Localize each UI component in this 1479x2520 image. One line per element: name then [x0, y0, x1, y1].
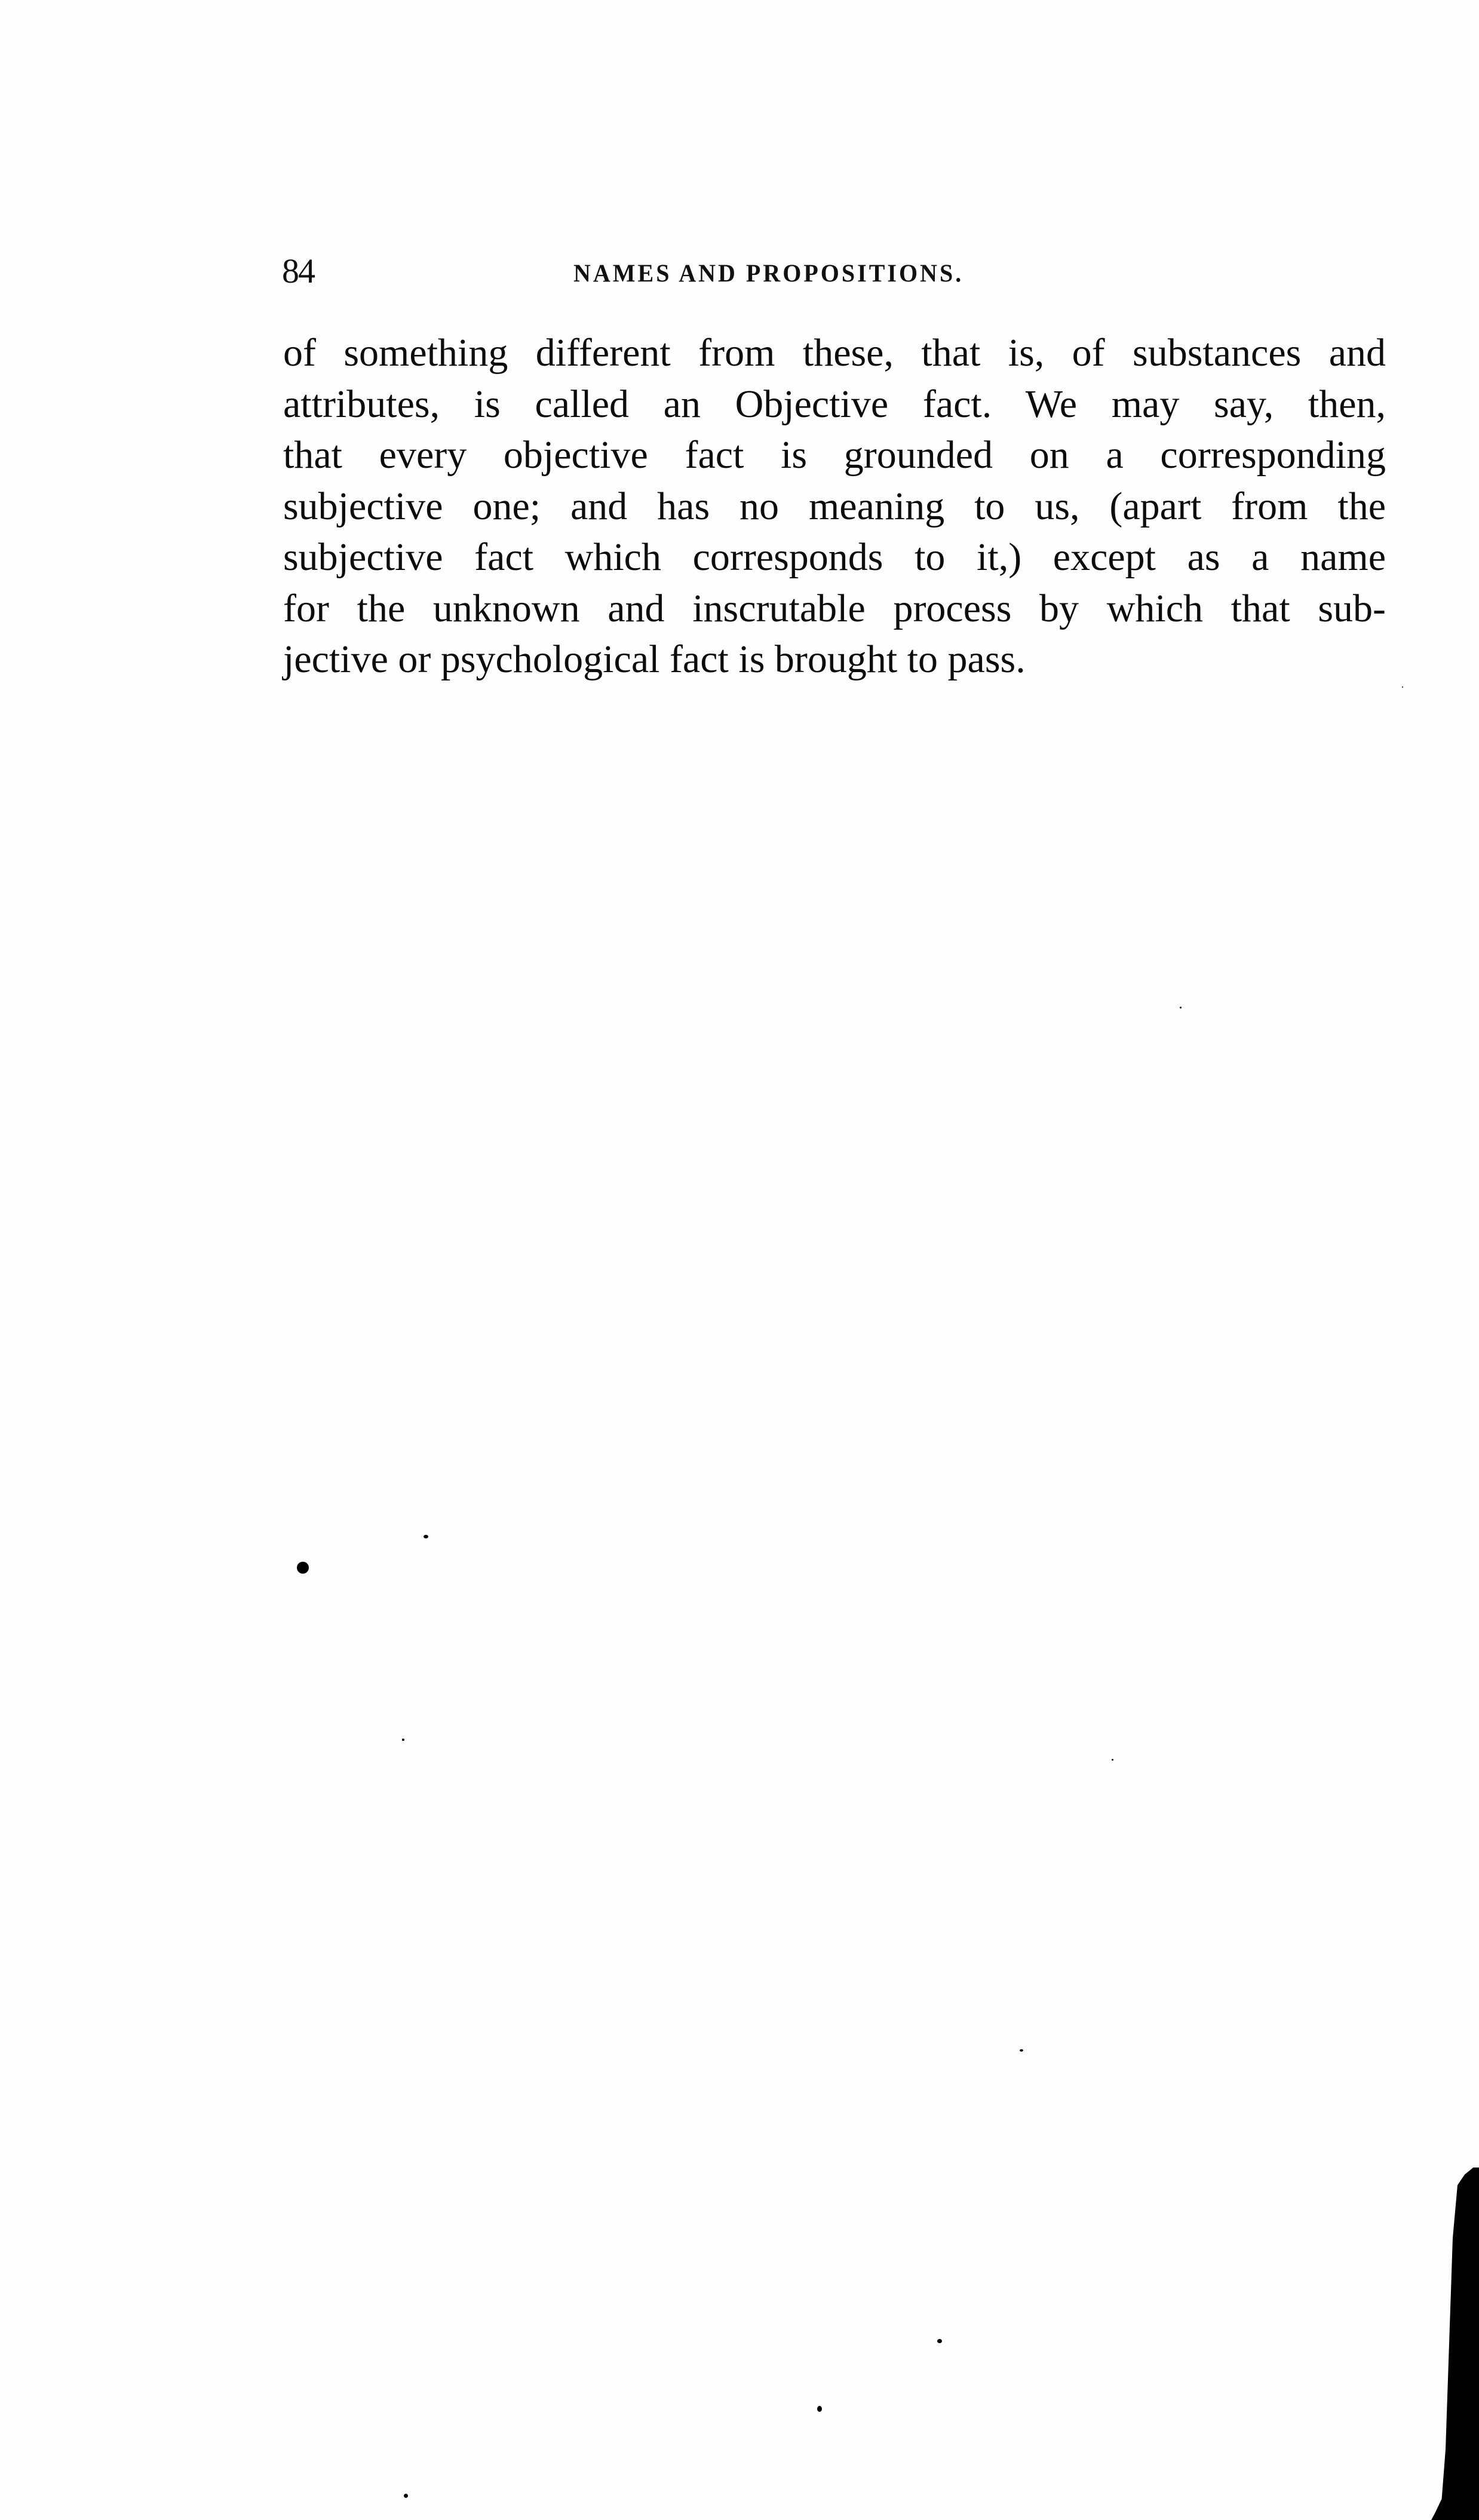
text-line: that every objective fact is grounded on… [283, 430, 1386, 481]
book-page: 84 NAMES AND PROPOSITIONS. of something … [0, 0, 1479, 2520]
text-line: jective or psychological fact is brought… [283, 634, 1386, 685]
scan-speck [817, 2406, 822, 2412]
scan-speck [1112, 1759, 1113, 1761]
body-paragraph: of something different from these, that … [283, 327, 1386, 685]
text-line: subjective fact which corresponds to it,… [283, 532, 1386, 583]
page-number: 84 [282, 251, 314, 291]
scan-speck [1402, 686, 1403, 688]
text-line: for the unknown and inscrutable process … [283, 583, 1386, 634]
scan-speck [1180, 1007, 1182, 1008]
scan-speck [937, 2339, 942, 2343]
running-head: 84 NAMES AND PROPOSITIONS. [281, 251, 1374, 293]
page-edge-shadow [1431, 2168, 1479, 2520]
text-line: attributes, is called an Objective fact.… [283, 379, 1386, 430]
scan-speck [297, 1562, 309, 1574]
text-line: subjective one; and has no meaning to us… [283, 481, 1386, 532]
scan-speck [1020, 2049, 1023, 2052]
scan-speck [404, 2494, 408, 2498]
running-title: NAMES AND PROPOSITIONS. [573, 259, 964, 288]
text-line: of something different from these, that … [283, 327, 1386, 379]
scan-speck [402, 1739, 404, 1741]
scan-speck [424, 1535, 428, 1538]
